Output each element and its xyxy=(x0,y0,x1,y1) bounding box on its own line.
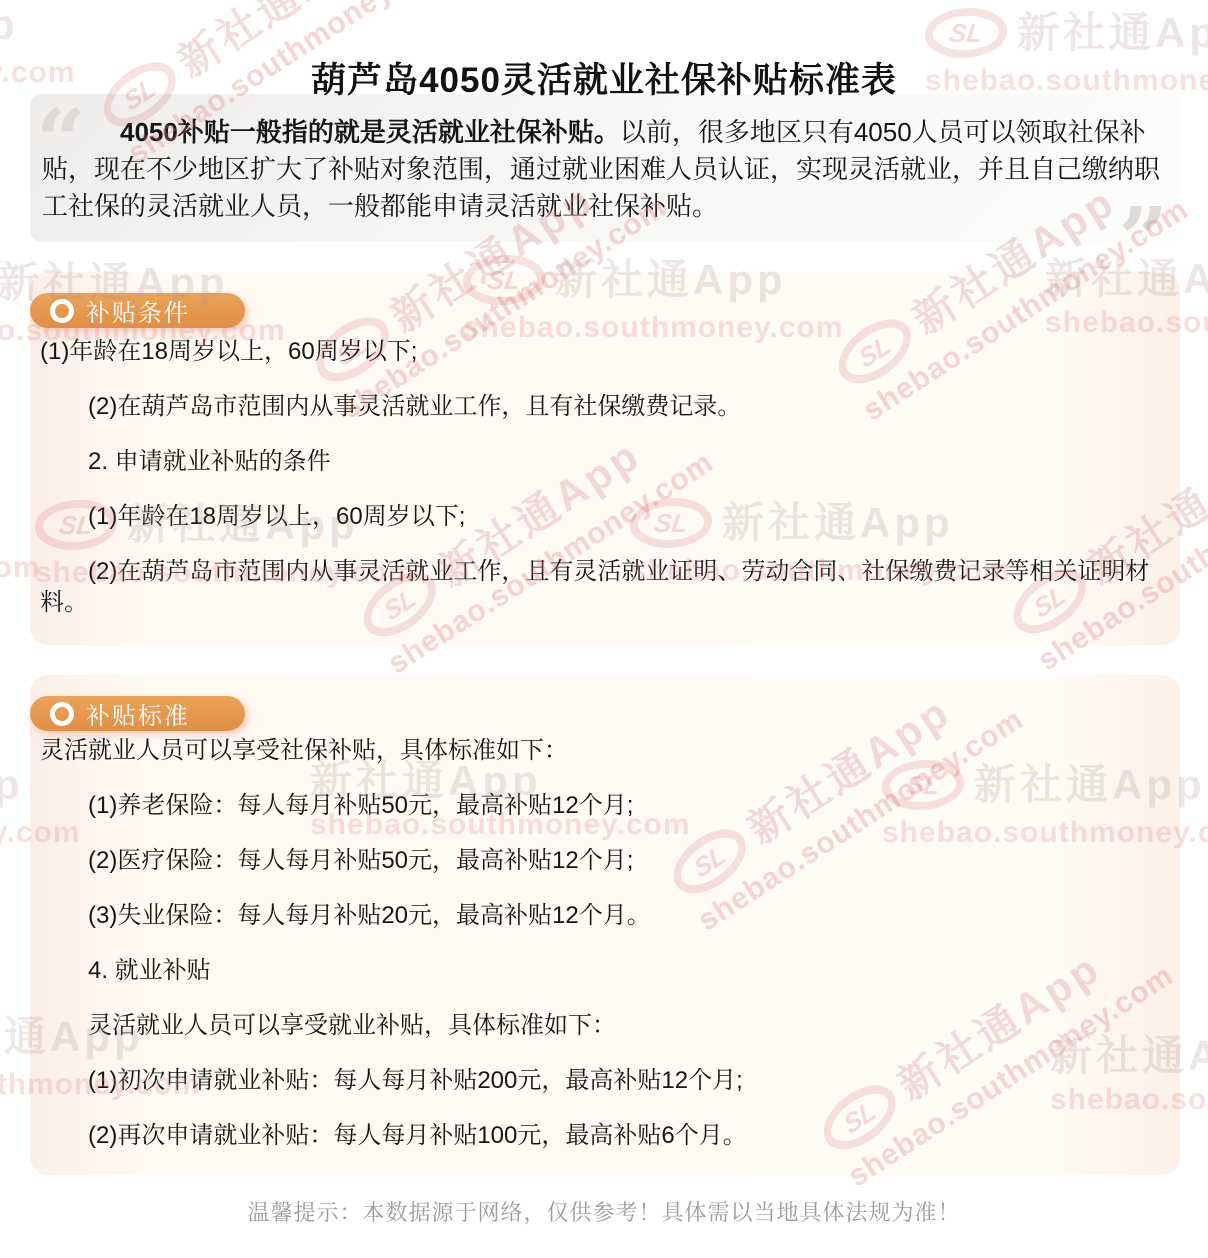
paragraph: 灵活就业人员可以享受就业补贴，具体标准如下： xyxy=(40,1010,1170,1041)
circle-ring-icon xyxy=(50,299,74,323)
standards-paragraphs: 灵活就业人员可以享受社保补贴，具体标准如下： (1)养老保险：每人每月补贴50元… xyxy=(40,735,1170,1175)
intro-lead-bold: 4050补贴一般指的就是灵活就业社保补贴。 xyxy=(120,117,620,147)
paragraph: (2)再次申请就业补贴：每人每月补贴100元，最高补贴6个月。 xyxy=(40,1120,1170,1151)
paragraph: (3)失业保险：每人每月补贴20元，最高补贴12个月。 xyxy=(40,900,1170,931)
watermark-brand: 新社通App xyxy=(1017,12,1208,54)
paragraph: 4. 就业补贴 xyxy=(40,955,1170,986)
paragraph: (1)初次申请就业补贴：每人每月补贴200元，最高补贴12个月; xyxy=(40,1065,1170,1096)
paragraph: (2)医疗保险：每人每月补贴50元，最高补贴12个月; xyxy=(40,845,1170,876)
circle-ring-icon xyxy=(50,702,74,726)
section-badge-conditions: 补贴条件 xyxy=(30,293,245,328)
paragraph: (1)养老保险：每人每月补贴50元，最高补贴12个月; xyxy=(40,790,1170,821)
open-quote-icon: “ xyxy=(36,116,85,168)
paragraph: 2. 申请就业补贴的条件 xyxy=(40,446,1170,477)
badge-label: 补贴标准 xyxy=(86,696,190,731)
page-title: 葫芦岛4050灵活就业社保补贴标准表 xyxy=(0,53,1208,103)
close-quote-icon: ” xyxy=(1119,214,1168,266)
infographic-page: SL新社通App shebao.southmoney.com SL新社通App … xyxy=(0,0,1208,1258)
conditions-paragraphs: (1)年龄在18周岁以上，60周岁以下; (2)在葫芦岛市范围内从事灵活就业工作… xyxy=(40,336,1170,642)
footer-note: 温馨提示：本数据源于网络，仅供参考！具体需以当地具体法规为准！ xyxy=(0,1196,1208,1227)
sl-logo-icon: SL xyxy=(921,8,1010,58)
section-badge-standards: 补贴标准 xyxy=(30,696,245,731)
paragraph: (1)年龄在18周岁以上，60周岁以下; xyxy=(40,336,1170,367)
badge-label: 补贴条件 xyxy=(86,293,190,328)
paragraph: (2)在葫芦岛市范围内从事灵活就业工作，且有灵活就业证明、劳动合同、社保缴费记录… xyxy=(40,556,1170,618)
intro-paragraph: 4050补贴一般指的就是灵活就业社保补贴。以前，很多地区只有4050人员可以领取… xyxy=(30,94,1180,225)
section-card-standards: 补贴标准 灵活就业人员可以享受社保补贴，具体标准如下： (1)养老保险：每人每月… xyxy=(30,675,1180,1175)
paragraph: (2)在葫芦岛市范围内从事灵活就业工作，且有社保缴费记录。 xyxy=(40,391,1170,422)
section-card-conditions: 补贴条件 (1)年龄在18周岁以上，60周岁以下; (2)在葫芦岛市范围内从事灵… xyxy=(30,272,1180,645)
watermark-brand: 新社通App xyxy=(0,764,24,806)
watermark-brand: 新社通App xyxy=(0,4,19,46)
paragraph: (1)年龄在18周岁以上，60周岁以下; xyxy=(40,501,1170,532)
intro-card: “ 4050补贴一般指的就是灵活就业社保补贴。以前，很多地区只有4050人员可以… xyxy=(30,94,1180,242)
paragraph: 灵活就业人员可以享受社保补贴，具体标准如下： xyxy=(40,735,1170,766)
